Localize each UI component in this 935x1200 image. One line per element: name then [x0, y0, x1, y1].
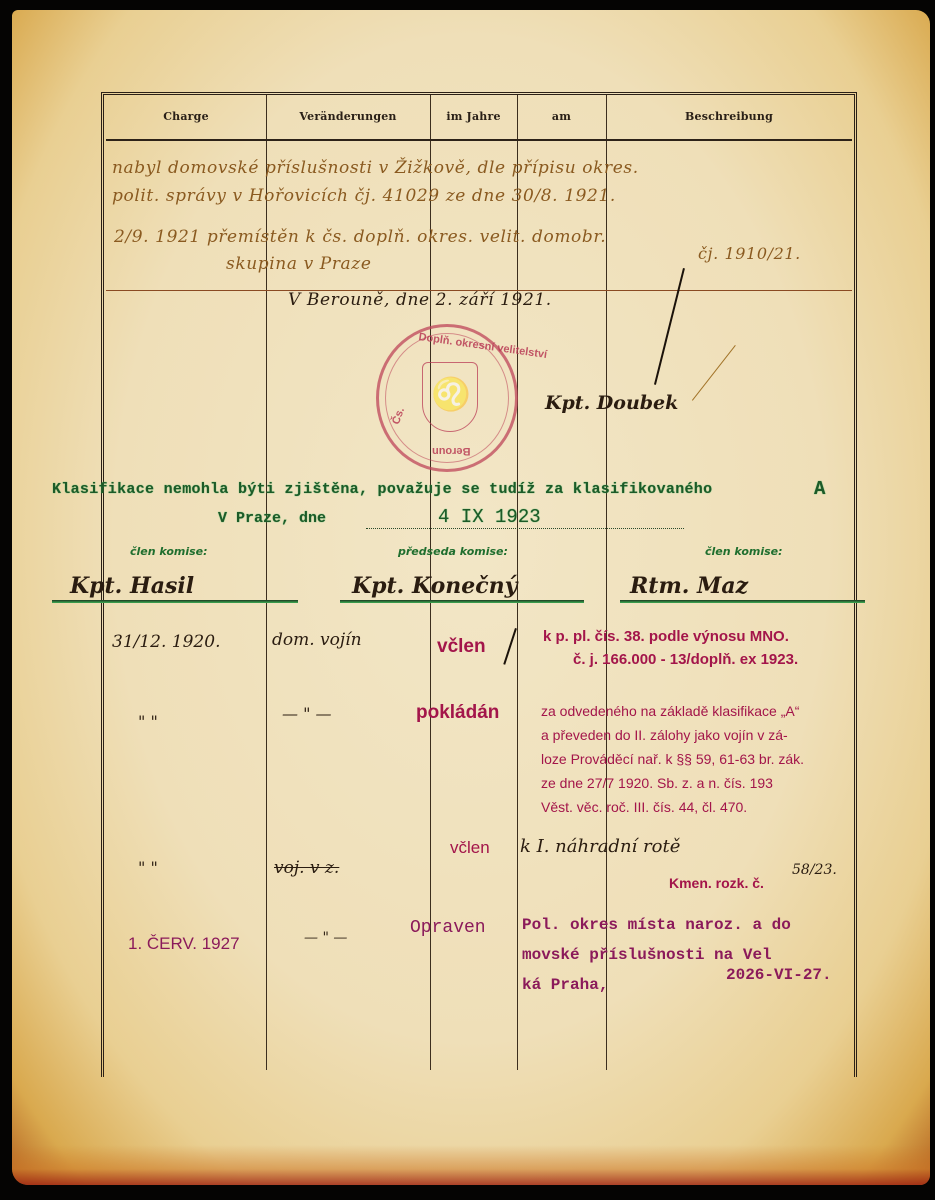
entry-action: pokládán — [416, 702, 499, 724]
signature: Rtm. Maz — [630, 573, 748, 599]
entry-rank: — " — — [282, 704, 332, 723]
entry-description: ká Praha, — [522, 976, 608, 994]
entry-date: " " — [138, 858, 158, 877]
header-veraenderungen: Veränderungen — [266, 104, 430, 130]
entry-action: včlen — [437, 636, 486, 658]
handwritten-line: skupina v Praze — [226, 254, 372, 274]
header-rule — [106, 139, 852, 141]
entry-date-stamp: 1. ČERV. 1927 — [128, 934, 240, 954]
entry-rank: — " — — [304, 930, 347, 946]
header-beschreibung: Beschreibung — [606, 104, 852, 130]
entry-rank: voj. v z. — [274, 858, 339, 878]
classification-letter: A — [814, 478, 825, 500]
entry-description: k I. náhradní rotě — [520, 836, 680, 857]
date-line — [366, 528, 684, 529]
handwritten-line: 2/9. 1921 přemístěn k čs. doplň. okres. … — [114, 227, 606, 247]
entry-description: za odvedeného na základě klasifikace „A“ — [541, 703, 799, 719]
signature-rule — [52, 600, 298, 603]
header-am: am — [517, 104, 606, 130]
entry-date: " " — [138, 712, 158, 731]
entry-description: loze Prováděcí nař. k §§ 59, 61-63 br. z… — [541, 751, 804, 767]
handwritten-line: polit. správy v Hořovicích čj. 41029 ze … — [112, 186, 616, 206]
header-im-jahre: im Jahre — [430, 104, 517, 130]
seal-bottom-text: Beroun — [432, 445, 471, 457]
entry-date: 31/12. 1920. — [112, 632, 220, 652]
entry-description: a převeden do II. zálohy jako vojín v zá… — [541, 727, 788, 743]
entry-rank: dom. vojín — [272, 630, 362, 650]
entry-reference: 2026-VI-27. — [726, 966, 832, 984]
commander-signature: Kpt. Doubek — [545, 392, 678, 414]
signatory-label: člen komise: — [705, 545, 783, 558]
place-prefix: V Praze, dne — [218, 510, 326, 527]
signatory-label: předseda komise: — [398, 545, 508, 558]
classification-stamp: Klasifikace nemohla býti zjištěna, považ… — [52, 481, 712, 498]
entry-description: Věst. věc. roč. III. čís. 44, čl. 470. — [541, 799, 747, 815]
classification-date: 4 IX 1923 — [438, 506, 541, 528]
footnote-label: Kmen. rozk. č. — [669, 875, 764, 891]
place-date: V Berouně, dne 2. září 1921. — [288, 290, 552, 310]
entry-description: movské příslušnosti na Vel — [522, 946, 772, 964]
coat-of-arms-icon: ♌ — [422, 362, 478, 432]
signature: Kpt. Konečný — [352, 573, 517, 599]
signature-rule — [620, 600, 865, 603]
handwritten-line: nabyl domovské příslušnosti v Žižkově, d… — [112, 158, 639, 178]
entry-description: k p. pl. čís. 38. podle výnosu MNO. — [543, 628, 789, 645]
signature-rule — [340, 600, 584, 603]
handwritten-reference: čj. 1910/21. — [698, 244, 801, 263]
entry-action: Opraven — [410, 918, 486, 938]
entry-action: včlen — [450, 838, 490, 858]
signatory-label: člen komise: — [130, 545, 208, 558]
entry-description: Pol. okres místa naroz. a do — [522, 916, 791, 934]
entry-description: ze dne 27/7 1920. Sb. z. a n. čís. 193 — [541, 775, 773, 791]
footnote-value: 58/23. — [792, 862, 837, 878]
entry-description: č. j. 166.000 - 13/doplň. ex 1923. — [573, 651, 798, 668]
signature: Kpt. Hasil — [70, 573, 194, 599]
header-charge: Charge — [106, 104, 266, 130]
